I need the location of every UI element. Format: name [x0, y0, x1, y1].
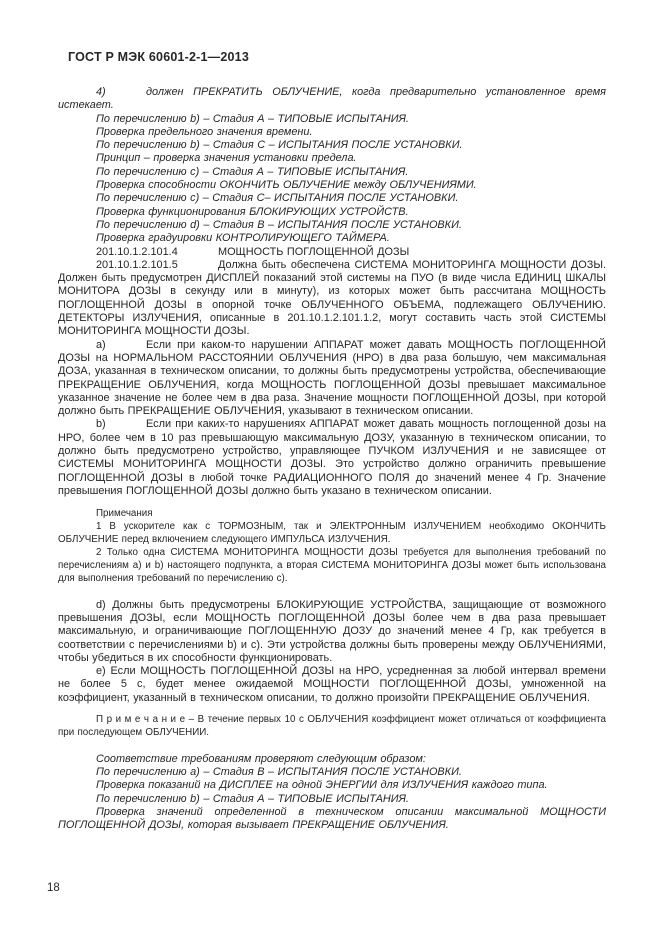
- paragraph: По перечислению a) – Стадия В – ИСПЫТАНИ…: [58, 766, 606, 779]
- paragraph: По перечислению b) – Стадия А – ТИПОВЫЕ …: [58, 113, 606, 126]
- paragraph: Принцип – проверка значения установки пр…: [58, 152, 606, 165]
- paragraph: 2 Только одна СИСТЕМА МОНИТОРИНГА МОЩНОС…: [58, 547, 606, 586]
- paragraph: 1 В ускорителе как с ТОРМОЗНЫМ, так и ЭЛ…: [58, 521, 606, 547]
- paragraph: По перечислению d) – Стадия В – ИСПЫТАНИ…: [58, 219, 606, 232]
- paragraph: П р и м е ч а н и е – В течение первых 1…: [58, 714, 606, 740]
- paragraph: 201.10.1.2.101.4МОЩНОСТЬ ПОГЛОЩЕННОЙ ДОЗ…: [58, 246, 606, 259]
- paragraph: По перечислению c) – Стадия С– ИСПЫТАНИЯ…: [58, 192, 606, 205]
- paragraph: Проверка значений определенной в техниче…: [58, 806, 606, 833]
- paragraph: 4)должен ПРЕКРАТИТЬ ОБЛУЧЕНИЕ, когда пре…: [58, 86, 606, 113]
- list-label: 201.10.1.2.101.4: [96, 246, 218, 259]
- paragraph: Примечания: [58, 508, 606, 521]
- paragraph: e) Если МОЩНОСТЬ ПОГЛОЩЕННОЙ ДОЗЫ на НРО…: [58, 665, 606, 705]
- body-text: 4)должен ПРЕКРАТИТЬ ОБЛУЧЕНИЕ, когда пре…: [58, 86, 606, 833]
- page-content: ГОСТ Р МЭК 60601-2-1—2013 4)должен ПРЕКР…: [58, 50, 606, 833]
- list-label: b): [96, 418, 146, 431]
- paragraph: Проверка предельного значения времени.: [58, 126, 606, 139]
- paragraph: b)Если при каких-то нарушениях АППАРАТ м…: [58, 418, 606, 498]
- paragraph: По перечислению b) – Стадия С – ИСПЫТАНИ…: [58, 139, 606, 152]
- paragraph: Проверка функционирования БЛОКИРУЮЩИХ УС…: [58, 206, 606, 219]
- list-label: 4): [96, 86, 146, 99]
- list-label: 201.10.1.2.101.5: [96, 259, 218, 272]
- paragraph: 201.10.1.2.101.5Должна быть обеспечена С…: [58, 259, 606, 339]
- paragraph: Проверка способности ОКОНЧИТЬ ОБЛУЧЕНИЕ …: [58, 179, 606, 192]
- paragraph: По перечислению b) – Стадия А – ТИПОВЫЕ …: [58, 793, 606, 806]
- document-page: ГОСТ Р МЭК 60601-2-1—2013 4)должен ПРЕКР…: [0, 0, 661, 936]
- list-label: a): [96, 339, 146, 352]
- standard-designation: ГОСТ Р МЭК 60601-2-1—2013: [68, 50, 606, 65]
- paragraph: По перечислению c) – Стадия А – ТИПОВЫЕ …: [58, 166, 606, 179]
- paragraph: Соответствие требованиям проверяют следу…: [58, 753, 606, 766]
- paragraph: Проверка градуировки КОНТРОЛИРУЮЩЕГО ТАЙ…: [58, 232, 606, 245]
- paragraph: d) Должны быть предусмотрены БЛОКИРУЮЩИЕ…: [58, 599, 606, 665]
- paragraph-text: МОЩНОСТЬ ПОГЛОЩЕННОЙ ДОЗЫ: [218, 246, 409, 258]
- paragraph: Проверка показаний на ДИСПЛЕЕ на одной Э…: [58, 779, 606, 792]
- page-number: 18: [47, 882, 60, 894]
- paragraph: a)Если при каком-то нарушении АППАРАТ мо…: [58, 339, 606, 419]
